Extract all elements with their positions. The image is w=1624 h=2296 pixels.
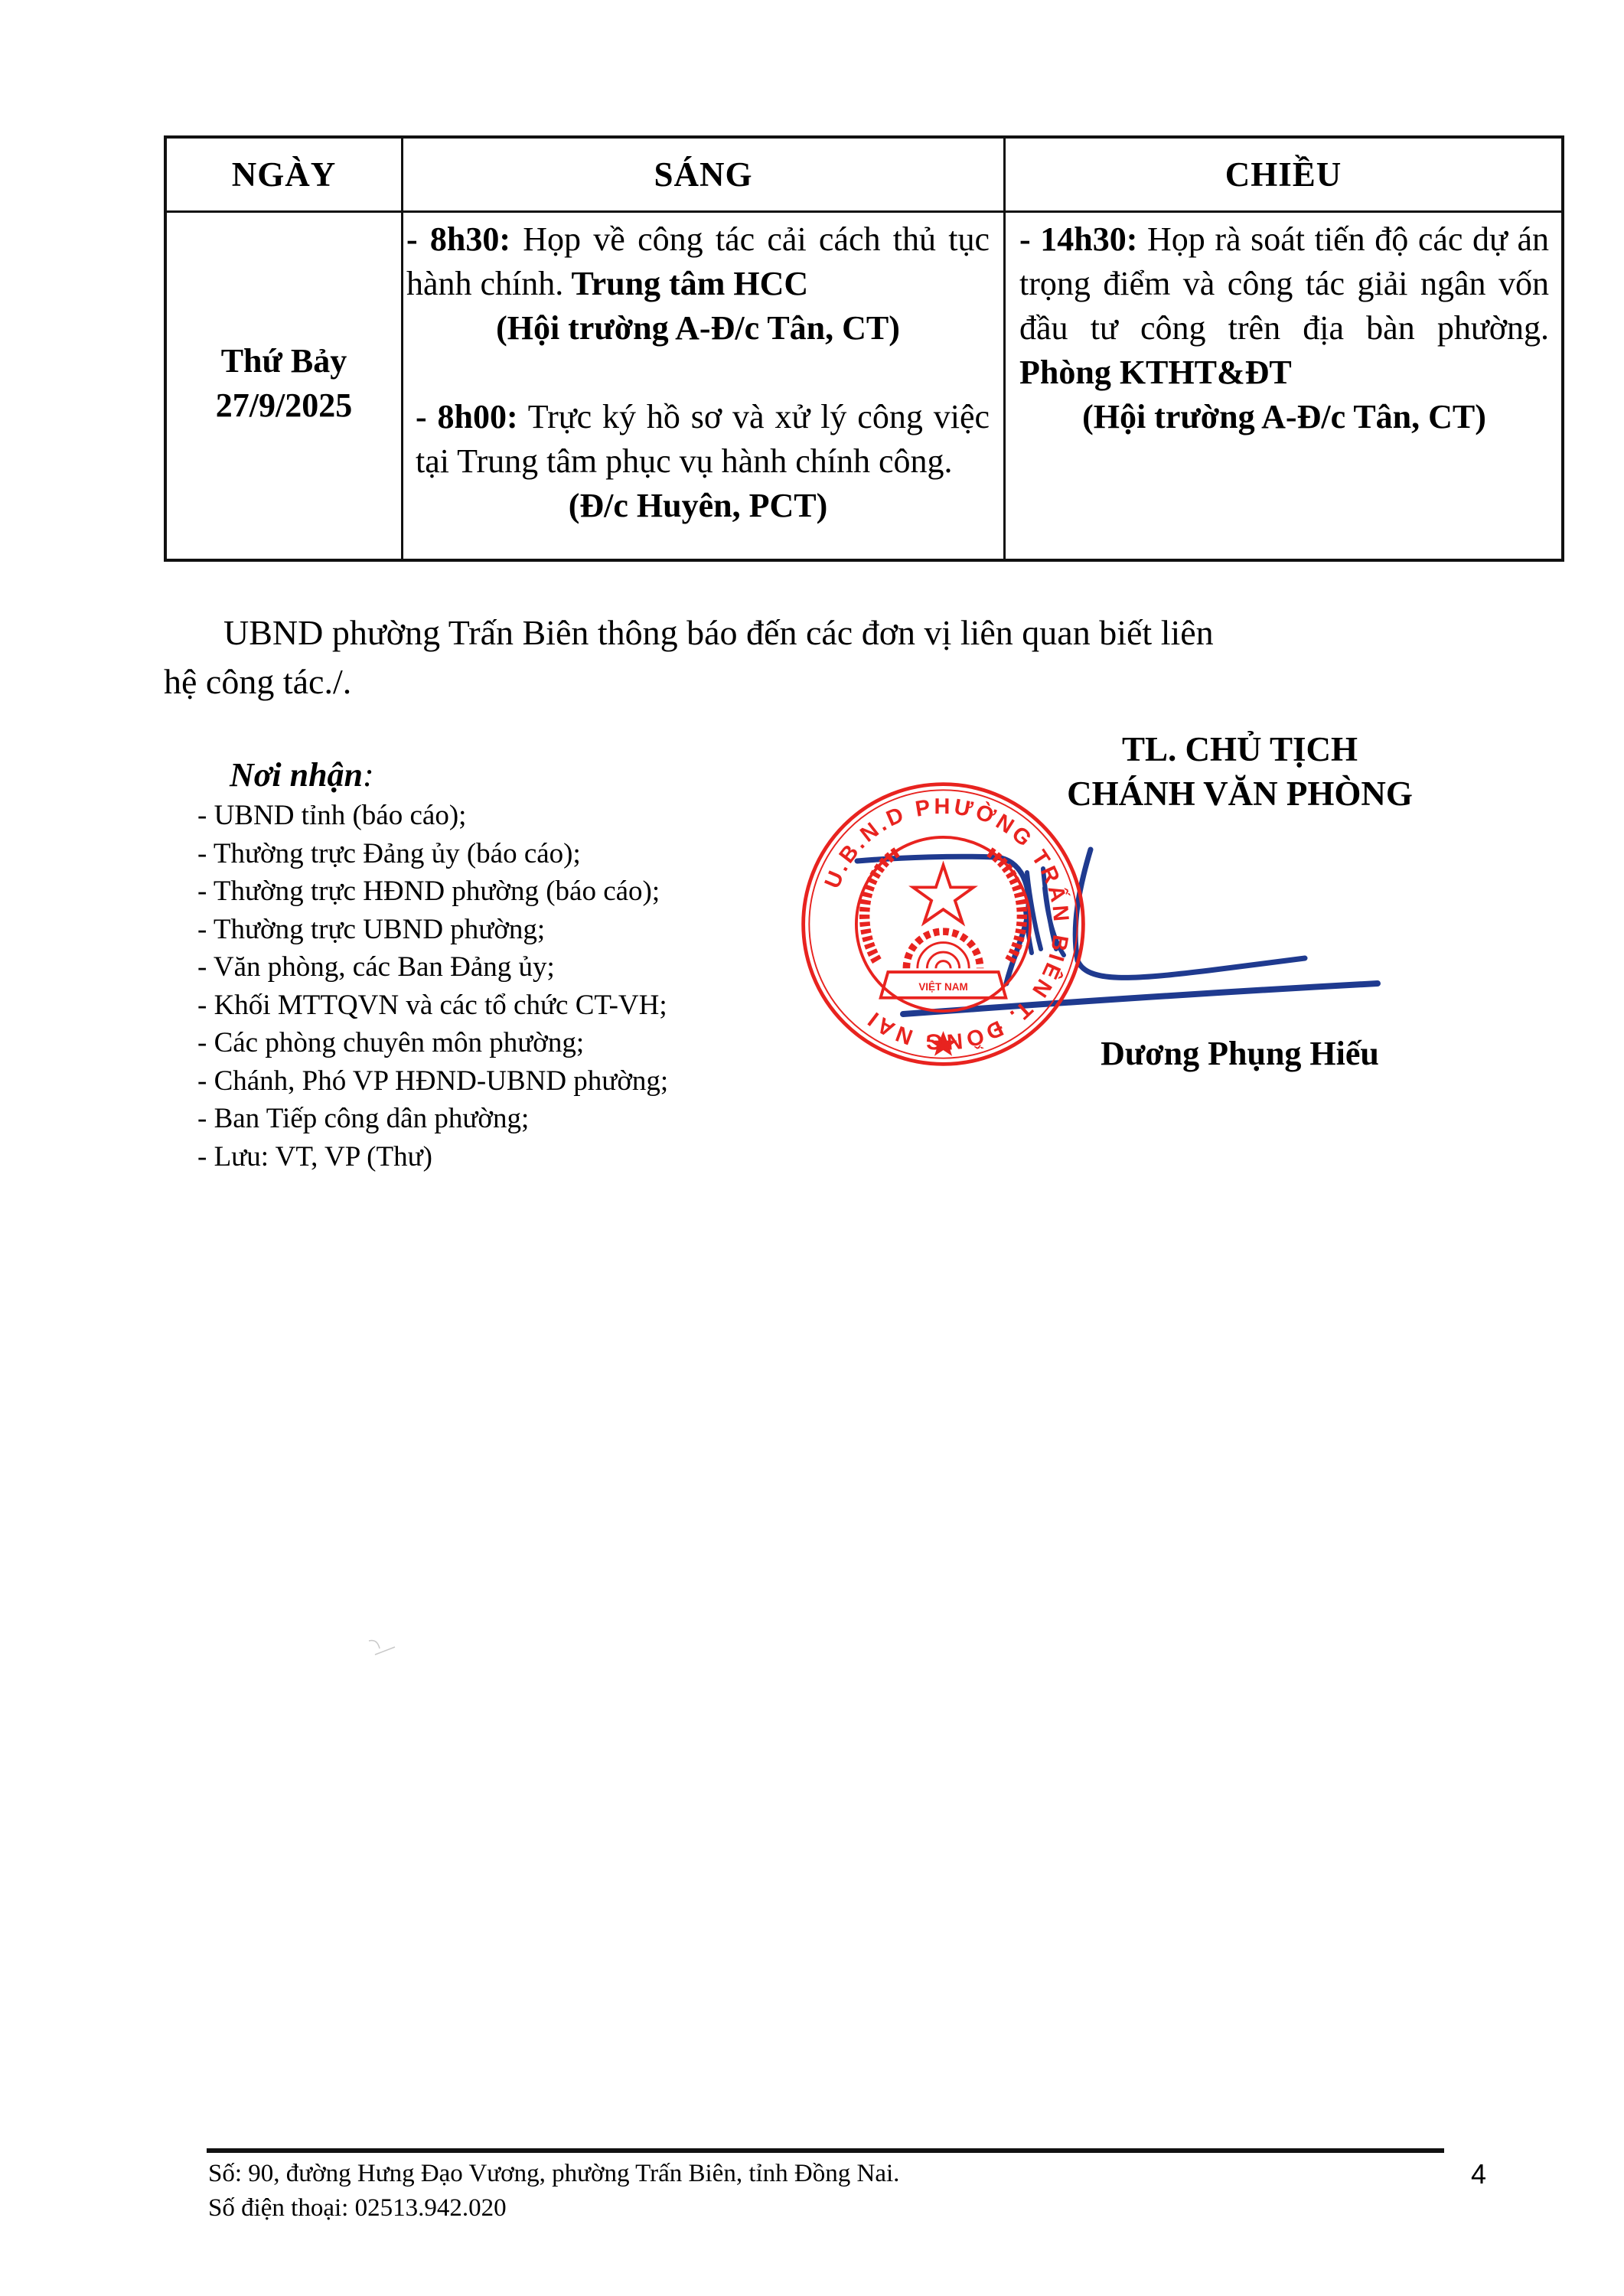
header-afternoon: CHIỀU xyxy=(1006,139,1561,210)
day-name: Thứ Bảy xyxy=(221,339,347,383)
list-item: Lưu: VT, VP (Thư) xyxy=(197,1138,825,1176)
scan-artifact-icon xyxy=(367,1638,398,1661)
recipients-list: UBND tỉnh (báo cáo); Thường trực Đảng ủy… xyxy=(197,797,825,1176)
event-note: (Hội trường A-Đ/c Tân, CT) xyxy=(406,306,990,351)
closing-paragraph: UBND phường Trấn Biên thông báo đến các … xyxy=(223,608,1540,706)
closing-line-2: hệ công tác./. xyxy=(164,657,1480,706)
footer-rule xyxy=(207,2148,1444,2153)
event-time: - 8h30: xyxy=(406,220,510,258)
signer-name: Dương Phụng Hiếu xyxy=(926,1032,1554,1076)
header-day: NGÀY xyxy=(167,139,401,210)
list-item: UBND tỉnh (báo cáo); xyxy=(197,797,825,835)
recipients-title: Nơi nhận: xyxy=(197,754,825,797)
closing-line-1: UBND phường Trấn Biên thông báo đến các … xyxy=(223,608,1540,657)
list-item: Ban Tiếp công dân phường; xyxy=(197,1100,825,1138)
list-item: Thường trực Đảng ủy (báo cáo); xyxy=(197,835,825,873)
event-unit: Phòng KTHT&ĐT xyxy=(1019,354,1292,391)
event-time: - 14h30: xyxy=(1019,220,1137,258)
footer-phone: Số điện thoại: 02513.942.020 xyxy=(208,2191,899,2226)
recipients-block: Nơi nhận: UBND tỉnh (báo cáo); Thường tr… xyxy=(197,754,825,1176)
list-item: Thường trực HĐND phường (báo cáo); xyxy=(197,872,825,911)
list-item: Thường trực UBND phường; xyxy=(197,911,825,949)
day-date: 27/9/2025 xyxy=(216,383,352,428)
morning-event: - 8h00: Trực ký hồ sơ và xử lý công việc… xyxy=(406,395,990,484)
event-note: (Hội trường A-Đ/c Tân, CT) xyxy=(1019,395,1549,439)
day-cell: Thứ Bảy 27/9/2025 xyxy=(167,213,401,559)
event-unit: Trung tâm HCC xyxy=(563,265,808,302)
morning-cell: - 8h30: Họp về công tác cải cách thủ tục… xyxy=(403,213,1003,559)
footer-contact: Số: 90, đường Hưng Đạo Vương, phường Trấ… xyxy=(208,2157,899,2226)
schedule-table: NGÀY SÁNG CHIỀU Thứ Bảy 27/9/2025 - 8h30… xyxy=(164,135,1564,562)
list-item: Văn phòng, các Ban Đảng ủy; xyxy=(197,948,825,987)
morning-event: - 8h30: Họp về công tác cải cách thủ tục… xyxy=(406,217,990,306)
signature-title-line-1: TL. CHỦ TỊCH xyxy=(926,727,1554,771)
afternoon-event: - 14h30: Họp rà soát tiến độ các dự án t… xyxy=(1019,217,1549,395)
list-item: Khối MTTQVN và các tổ chức CT-VH; xyxy=(197,987,825,1025)
event-note: (Đ/c Huyên, PCT) xyxy=(406,484,990,528)
list-item: Các phòng chuyên môn phường; xyxy=(197,1024,825,1062)
page-number: 4 xyxy=(1471,2158,1486,2190)
footer-address: Số: 90, đường Hưng Đạo Vương, phường Trấ… xyxy=(208,2157,899,2191)
afternoon-cell: - 14h30: Họp rà soát tiến độ các dự án t… xyxy=(1006,213,1561,559)
header-morning: SÁNG xyxy=(403,139,1003,210)
svg-text:VIỆT NAM: VIỆT NAM xyxy=(918,981,967,993)
list-item: Chánh, Phó VP HĐND-UBND phường; xyxy=(197,1062,825,1101)
event-time: - 8h00: xyxy=(416,398,518,435)
official-stamp-icon: VIỆT NAM U.B.N.D PHƯỜNG TRẤN BIÊN T. ĐỒN… xyxy=(796,777,1091,1071)
svg-text:U.B.N.D PHƯỜNG TRẤN BIÊN T. ĐỒ: U.B.N.D PHƯỜNG TRẤN BIÊN T. ĐỒNG NAI xyxy=(820,794,1074,1054)
